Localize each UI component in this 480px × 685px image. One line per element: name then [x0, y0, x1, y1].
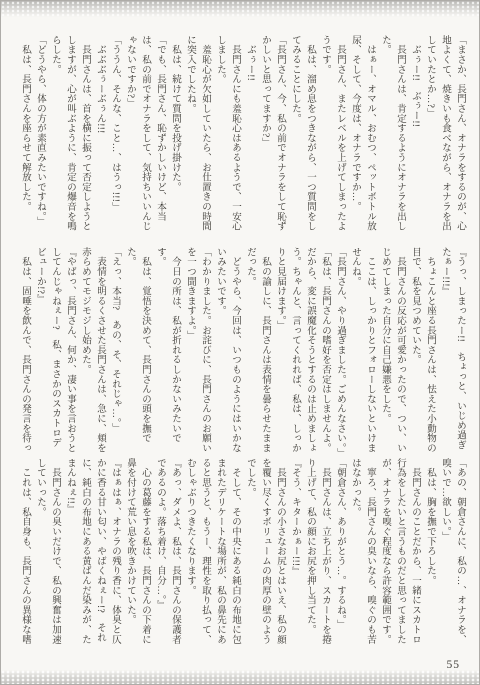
paragraph: 長門さんは、肯定するようにオナラを出した。: [377, 35, 407, 235]
paragraph: ここは、しっかりとフォローしないといけませんね。: [347, 247, 377, 454]
paragraph: 表情を明るくさせた長門さんは、急に、頬を赤らめてモジモジし始めた。: [77, 247, 107, 454]
paragraph: 「でも、長門さん、恥ずかしいけど、本当は、私の前でオナラをして、気持ちいいんじゃ…: [122, 35, 167, 235]
paragraph: ぶぅー!!: [242, 35, 257, 235]
paragraph: 心の葛藤をする私は、長門さんの下着に鼻を付けて荒い息を吹きかけていた。: [122, 458, 152, 648]
text-section-middle: 『うっ、しまったー!! ちょっと、いじめ過ぎたぁー!!!』 ちょこんと座る長門さ…: [17, 247, 467, 454]
text-section-bottom: 「あの、朝倉さんに、私の…、オナラを、嗅いで…欲しい。」 私は、胸を撫で下ろした…: [17, 458, 467, 648]
paragraph: 『あっ、ダメよ、私は、長門さんの保護者であるのよ。落ち着け、自分…。』: [152, 458, 182, 648]
paragraph: 『やばっ、長門さん、何か、凄い事を言おうとしてんじゃねぇー? 私、まさかのスカト…: [32, 247, 77, 454]
paragraph: 「わかりました。お詫びに、長門さんのお願いを一つ聞きますよ。」: [182, 247, 212, 454]
paragraph: 私は、固唾を飲んで、長門さんの発言を待った。: [17, 247, 32, 454]
paragraph: 私は、続けて質問を投げ掛けた。: [167, 35, 182, 235]
paragraph: 「どうやら、体の方が素直みたいですね。」: [32, 35, 47, 235]
paragraph: 長門さんの臭いだけで、私の興奮は加速していった。: [32, 458, 62, 648]
paragraph: はぁー、オマル、おむつ、ペットボトル放尿、そして、今度は、オナラですか…。: [347, 35, 377, 235]
paragraph: 長門さんにも羞恥心はあるようで、一安心しました。: [212, 35, 242, 235]
paragraph: 「長門さん、やり過ぎました。ごめんなさい。」: [332, 247, 347, 454]
paragraph: 長門さんは、首を横に振って否定しようとしますが、心が叫ぶように、肯定の爆音を鳴ら…: [47, 35, 92, 235]
paragraph: ちょこんと座る長門さんは、怯えた小動物の目で、私を見つめていた。: [407, 247, 437, 454]
paragraph: 『はぁはぁ、オナラの残り香に、体臭と仄かに香る甘い匂い、やばくねぇー!? それに…: [62, 458, 122, 648]
paragraph: 私は、長門さんを座らせて解放した。: [17, 35, 32, 235]
paragraph: 「ううん、そんな、こと…、はうっ!!!」: [107, 35, 122, 235]
paragraph: これは、私自身も、長門さんの異様な嗜好: [17, 458, 32, 648]
paragraph: そして、その中央にある純白の布地に包まれたデリケートな場所が、私の鼻先にあると思…: [182, 458, 242, 648]
paragraph: 長門さんは、立ち上がり、スカートを捲り上げて、私の顔にお尻を押し当てた。: [302, 458, 332, 648]
paragraph: 私は、溜め息をつきながら、一つ質問をしてみることにした。: [287, 35, 317, 235]
text-section-top: 「まさか、長門さん、オナラをするのが、心地よくて、焼きいも食べながら、オナラを出…: [17, 35, 467, 235]
paragraph: ぶぅー!! ぶぅー!!: [407, 35, 422, 235]
paragraph: 「私は、長門さんの嗜好を否定はしませんよ。だから、変に誤魔化そうとするのは止めま…: [272, 247, 332, 454]
scanned-book-page: 「まさか、長門さん、オナラをするのが、心地よくて、焼きいも食べながら、オナラを出…: [0, 0, 480, 685]
paragraph: 寧ろ、長門さんの臭いなら、嗅ぐのも苦はなかった。: [347, 458, 377, 648]
paragraph: 長門さんの小さなお尻とはいえ、私の顔を覆い尽くすボリュームの肉厚の壁のようでした…: [242, 458, 287, 648]
paragraph: 「あの、朝倉さんに、私の…、オナラを、嗅いで…欲しい。」: [437, 458, 467, 648]
paragraph: 長門さんのことだから、一緒にスカトロ行為をしたいと言うものだと思ってましたが、オ…: [377, 458, 422, 648]
paragraph: 私の諭しに、長門さんは表情を曇らせたままだった。: [242, 247, 272, 454]
paragraph: 長門さんの反応が可愛かったので、つい、いじめてしまった自分に自己嫌悪をした。: [377, 247, 407, 454]
page-number: 55: [447, 659, 461, 671]
scan-noise-top: [1, 1, 479, 17]
paragraph: 私は、胸を撫で下ろした。: [422, 458, 437, 648]
paragraph: 私は、覚悟を決めて、長門さんの頭を撫でた。: [122, 247, 152, 454]
paragraph: 今日の所は、私が折れるしかないみたいです。: [152, 247, 182, 454]
paragraph: 羞恥心が欠如していたら、お仕置きの時間に突入でしたね。: [182, 35, 212, 235]
paragraph: 「えっ、本当? あの、そ、それじゃ…。」: [107, 247, 122, 454]
paragraph: 「長門さん、今、私の前でオナラをして恥ずかしいと思ってますか?」: [257, 35, 287, 235]
paragraph: どうやら、今回は、いつものようにはいかないみたいです。: [212, 247, 242, 454]
paragraph: 「まさか、長門さん、オナラをするのが、心地よくて、焼きいも食べながら、オナラを出…: [422, 35, 467, 235]
paragraph: 「朝倉さん、ありがとう…。するね。」: [332, 458, 347, 648]
paragraph: 長門さん、またレベルを上げてしまったようです。: [317, 35, 347, 235]
paragraph: ぶぶぶぅーぶぅん!!!: [92, 35, 107, 235]
scan-noise-bottom: [1, 670, 479, 684]
paragraph: 『うっ、しまったー!! ちょっと、いじめ過ぎたぁー!!!』: [437, 247, 467, 454]
paragraph: 『そう、キターかぁー!!!』: [287, 458, 302, 648]
